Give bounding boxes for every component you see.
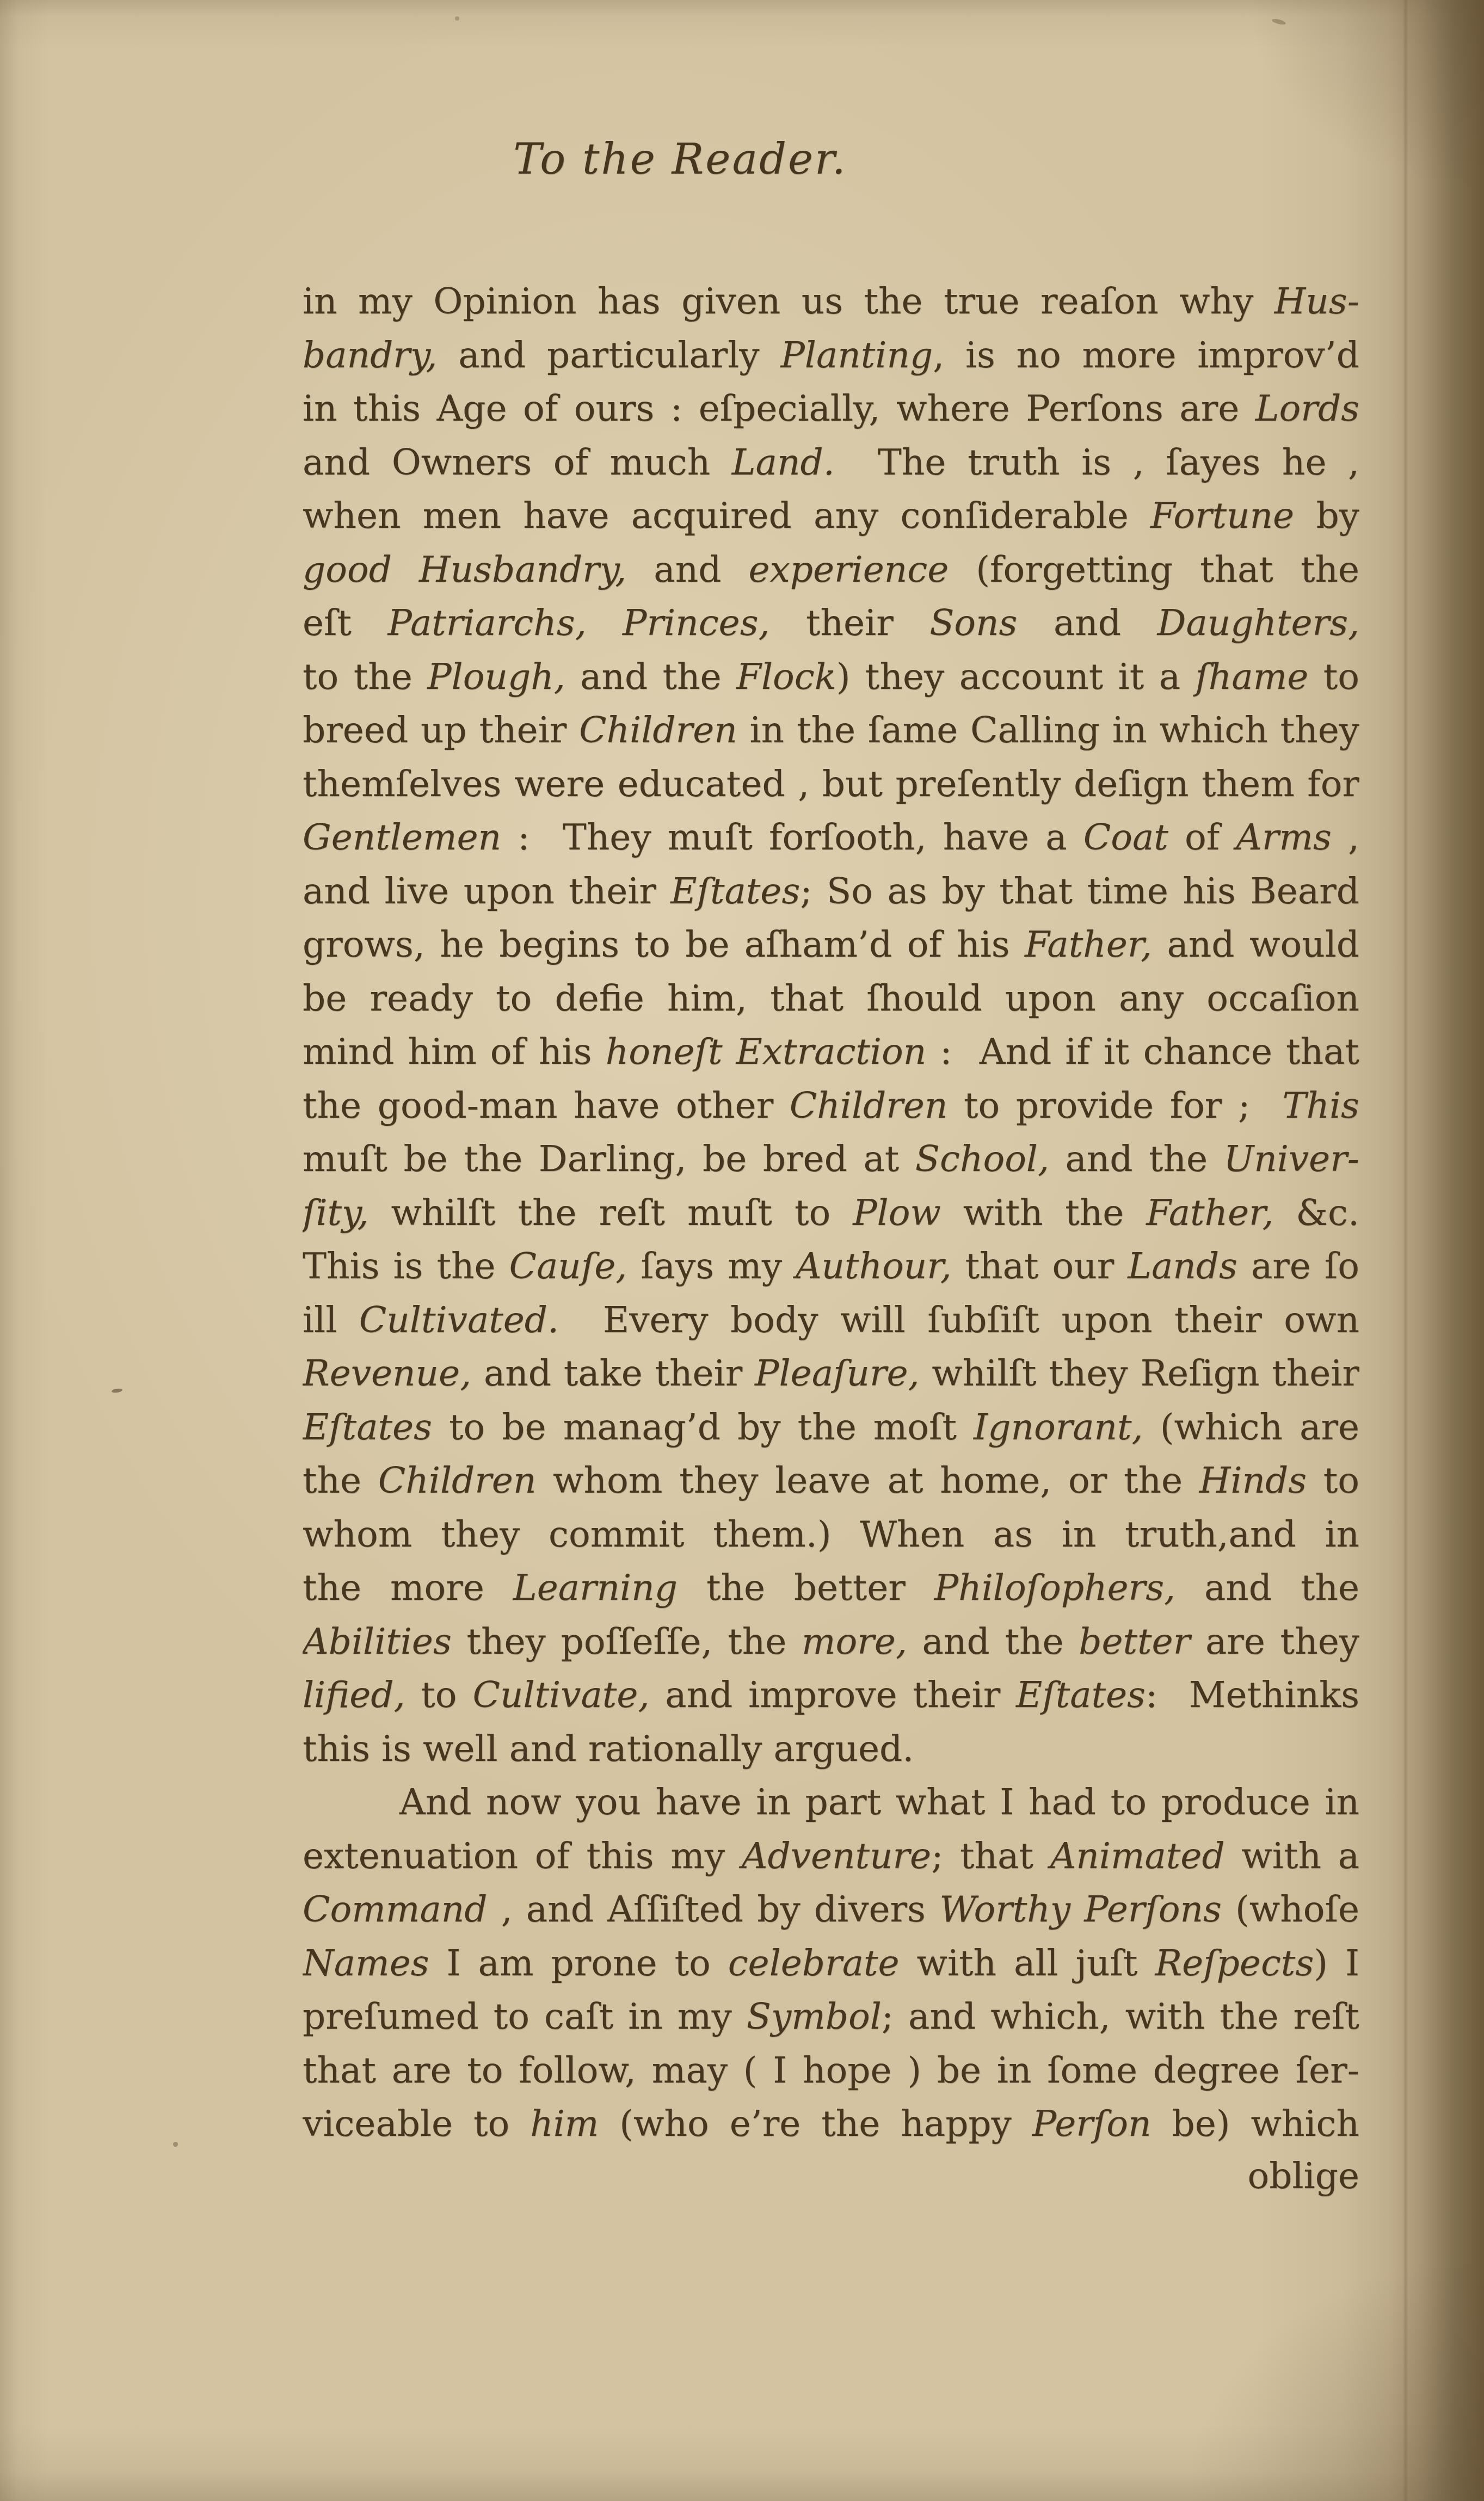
italic-text-segment: Lands bbox=[1128, 1245, 1237, 1287]
text-segment: ) they account it a bbox=[836, 656, 1196, 698]
text-line: This is the Cauſe, ſays my Authour, that… bbox=[303, 1240, 1359, 1293]
text-segment: ill bbox=[303, 1299, 359, 1341]
italic-text-segment: Learning bbox=[513, 1567, 678, 1609]
text-line: to the Plough, and the Flock) they accou… bbox=[303, 650, 1359, 704]
text-segment: whilſt they Reſign their bbox=[920, 1352, 1359, 1394]
text-segment: in the ſame Calling in which they bbox=[737, 709, 1359, 751]
italic-text-segment: Worthy Perſons bbox=[939, 1888, 1222, 1930]
italic-text-segment: Land. bbox=[732, 441, 835, 483]
text-segment: are they bbox=[1190, 1621, 1359, 1662]
text-segment: and bbox=[1017, 602, 1157, 644]
italic-text-segment: Daughters, bbox=[1157, 602, 1359, 644]
text-line: mind him of his honeſt Extraction : And … bbox=[303, 1025, 1359, 1079]
italic-text-segment: Eſtates bbox=[303, 1406, 432, 1448]
text-line: whom they commit them.) When as in truth… bbox=[303, 1508, 1359, 1562]
text-segment: in my Opinion has given us the true reaſ… bbox=[303, 280, 1274, 322]
italic-text-segment: Authour, bbox=[796, 1245, 952, 1287]
ink-speck bbox=[112, 1388, 123, 1394]
text-segment: and live upon their bbox=[303, 870, 670, 912]
text-line: And now you have in part what I had to p… bbox=[303, 1776, 1359, 1829]
text-line: themſelves were educated , but preſently… bbox=[303, 757, 1359, 811]
italic-text-segment: Fortune bbox=[1150, 495, 1294, 537]
italic-text-segment: more, bbox=[802, 1621, 907, 1662]
text-line: grows, he begins to be aſham’d of his Fa… bbox=[303, 918, 1359, 972]
ink-speck bbox=[173, 2142, 178, 2147]
text-line: and live upon their Eſtates; So as by th… bbox=[303, 865, 1359, 919]
italic-text-segment: Ignorant, bbox=[974, 1406, 1143, 1448]
text-segment: the better bbox=[678, 1567, 934, 1609]
text-segment: breed up their bbox=[303, 709, 579, 751]
text-segment: grows, he begins to be aſham’d of his bbox=[303, 923, 1025, 965]
text-segment: with all juſt bbox=[900, 1942, 1155, 1984]
text-segment: when men have acquired any conſiderable bbox=[303, 495, 1150, 537]
text-segment: with a bbox=[1225, 1835, 1359, 1877]
text-segment: : They muſt forſooth, have a bbox=[501, 816, 1083, 858]
text-segment: preſumed to caſt in my bbox=[303, 1995, 747, 2037]
page-title: To the Reader. bbox=[468, 135, 892, 184]
text-line: Abilities they poſſeſſe, the more, and t… bbox=[303, 1615, 1359, 1669]
book-page-scan: To the Reader. in my Opinion has given u… bbox=[0, 0, 1484, 2501]
italic-text-segment: Cultivated. bbox=[359, 1299, 559, 1341]
text-segment: of bbox=[1168, 816, 1236, 858]
italic-text-segment: experience bbox=[748, 549, 949, 590]
text-segment: eſt bbox=[303, 602, 387, 644]
text-line: preſumed to caſt in my Symbol; and which… bbox=[303, 1990, 1359, 2044]
italic-text-segment: Plow bbox=[853, 1192, 941, 1234]
italic-text-segment: Names bbox=[303, 1942, 429, 1984]
text-segment: Every body will ſubſiſt upon their own bbox=[559, 1299, 1359, 1341]
italic-text-segment: good Husbandry, bbox=[303, 549, 626, 590]
text-segment: to be manag’d by the moſt bbox=[432, 1406, 974, 1448]
italic-text-segment: Hus- bbox=[1274, 280, 1359, 322]
text-line: in this Age of ours : eſpecially, where … bbox=[303, 382, 1359, 436]
italic-text-segment: Univer- bbox=[1224, 1138, 1359, 1180]
text-segment: muſt be the Darling, be bred at bbox=[303, 1138, 915, 1180]
text-line: eſt Patriarchs, Princes, their Sons and … bbox=[303, 596, 1359, 650]
text-segment: : Methinks bbox=[1146, 1674, 1359, 1716]
text-line: good Husbandry, and experience (forgetti… bbox=[303, 543, 1359, 597]
text-segment: to provide for ; bbox=[947, 1085, 1282, 1126]
text-segment: the good-man have other bbox=[303, 1085, 790, 1126]
text-segment: to the bbox=[303, 656, 427, 698]
text-segment: to bbox=[405, 1674, 473, 1716]
italic-text-segment: Children bbox=[579, 709, 737, 751]
text-line: viceable to him (who e’re the happy Perſ… bbox=[303, 2097, 1359, 2151]
text-segment: and the bbox=[907, 1621, 1079, 1662]
text-segment: viceable to bbox=[303, 2103, 530, 2145]
text-segment: and bbox=[626, 549, 748, 590]
text-line: breed up their Children in the ſame Call… bbox=[303, 704, 1359, 757]
text-segment: themſelves were educated , but preſently… bbox=[303, 763, 1359, 805]
text-segment: (which are bbox=[1143, 1406, 1359, 1448]
italic-text-segment: Reſpects bbox=[1155, 1942, 1314, 1984]
text-segment: and take their bbox=[471, 1352, 755, 1394]
text-segment: , bbox=[1332, 816, 1359, 858]
text-segment: whom they commit them.) When as in truth… bbox=[303, 1513, 1359, 1555]
text-line: extenuation of this my Adventure; that A… bbox=[303, 1829, 1359, 1883]
italic-text-segment: Command bbox=[303, 1888, 488, 1930]
text-line: that are to follow, may ( I hope ) be in… bbox=[303, 2044, 1359, 2098]
text-line: lified, to Cultivate, and improve their … bbox=[303, 1668, 1359, 1722]
italic-text-segment: Revenue, bbox=[303, 1352, 471, 1394]
text-line: Eſtates to be manag’d by the moſt Ignora… bbox=[303, 1401, 1359, 1455]
text-segment: This is the bbox=[303, 1245, 509, 1287]
ink-speck bbox=[455, 16, 459, 21]
italic-text-segment: Lords bbox=[1255, 387, 1359, 429]
text-segment: in this Age of ours : eſpecially, where … bbox=[303, 387, 1255, 429]
italic-text-segment: Cultivate, bbox=[472, 1674, 649, 1716]
text-segment: , is no more improv’d bbox=[933, 334, 1359, 376]
italic-text-segment: ſity, bbox=[303, 1192, 369, 1234]
text-segment: this is well and rationally argued. bbox=[303, 1728, 914, 1770]
italic-text-segment: Gentlemen bbox=[303, 816, 501, 858]
text-segment: with the bbox=[941, 1192, 1146, 1234]
text-segment: and particularly bbox=[437, 334, 780, 376]
italic-text-segment: Planting bbox=[780, 334, 933, 376]
italic-text-segment: Eſtates bbox=[1016, 1674, 1146, 1716]
italic-text-segment: Patriarchs, Princes, bbox=[387, 602, 769, 644]
italic-text-segment: Abilities bbox=[303, 1621, 452, 1662]
italic-text-segment: School, bbox=[915, 1138, 1049, 1180]
text-line: in my Opinion has given us the true reaſ… bbox=[303, 275, 1359, 329]
text-line: Names I am prone to celebrate with all j… bbox=[303, 1937, 1359, 1991]
text-line: be ready to defie him, that ſhould upon … bbox=[303, 972, 1359, 1026]
text-segment: that are to follow, may ( I hope ) be in… bbox=[303, 2049, 1359, 2091]
text-segment: and would bbox=[1152, 923, 1359, 965]
italic-text-segment: him bbox=[530, 2103, 599, 2145]
italic-text-segment: Cauſe, bbox=[509, 1245, 627, 1287]
text-segment: whom they leave at home, or the bbox=[536, 1459, 1199, 1501]
text-segment: be ready to defie him, that ſhould upon … bbox=[303, 977, 1359, 1019]
italic-text-segment: better bbox=[1079, 1621, 1190, 1662]
text-segment: extenuation of this my bbox=[303, 1835, 742, 1877]
italic-text-segment: Philoſophers, bbox=[934, 1567, 1175, 1609]
text-segment: (who e’re the happy bbox=[599, 2103, 1032, 2145]
text-segment: ; that bbox=[931, 1835, 1050, 1877]
text-segment: and Owners of much bbox=[303, 441, 732, 483]
italic-text-segment: Perſon bbox=[1032, 2103, 1152, 2145]
catchword: oblige bbox=[303, 2149, 1359, 2203]
text-line: muſt be the Darling, be bred at School, … bbox=[303, 1132, 1359, 1186]
text-segment: The truth is , ſayes he , bbox=[835, 441, 1359, 483]
text-line: ill Cultivated. Every body will ſubſiſt … bbox=[303, 1293, 1359, 1347]
text-segment: to bbox=[1308, 656, 1359, 698]
text-segment: : And if it chance that bbox=[926, 1031, 1359, 1073]
text-segment: ; So as by that time his Beard bbox=[800, 870, 1359, 912]
italic-text-segment: Arms bbox=[1236, 816, 1332, 858]
italic-text-segment: Pleaſure, bbox=[755, 1352, 919, 1394]
text-segment: I am prone to bbox=[429, 1942, 728, 1984]
italic-text-segment: Eſtates bbox=[670, 870, 800, 912]
text-segment: ; and which, with the reſt bbox=[882, 1995, 1359, 2037]
text-segment: the more bbox=[303, 1567, 513, 1609]
italic-text-segment: Coat bbox=[1083, 816, 1168, 858]
text-segment: that our bbox=[952, 1245, 1128, 1287]
italic-text-segment: honeſt Extraction bbox=[606, 1031, 927, 1073]
italic-text-segment: This bbox=[1282, 1085, 1359, 1126]
text-line: the more Learning the better Philoſopher… bbox=[303, 1561, 1359, 1615]
text-line: Gentlemen : They muſt forſooth, have a C… bbox=[303, 811, 1359, 865]
text-line: Command , and Aſſiſted by divers Worthy … bbox=[303, 1883, 1359, 1937]
text-line: and Owners of much Land. The truth is , … bbox=[303, 436, 1359, 490]
text-segment: &c. bbox=[1273, 1192, 1359, 1234]
text-segment: , and Aſſiſted by divers bbox=[488, 1888, 940, 1930]
text-line: Revenue, and take their Pleaſure, whilſt… bbox=[303, 1347, 1359, 1401]
text-line: this is well and rationally argued. bbox=[303, 1722, 1359, 1776]
italic-text-segment: Flock bbox=[736, 656, 836, 698]
text-segment: their bbox=[770, 602, 930, 644]
text-segment: And now you have in part what I had to p… bbox=[399, 1781, 1359, 1823]
italic-text-segment: Animated bbox=[1050, 1835, 1225, 1877]
text-segment: (whoſe bbox=[1222, 1888, 1359, 1930]
text-line: bandry, and particularly Planting, is no… bbox=[303, 329, 1359, 383]
italic-text-segment: Children bbox=[378, 1459, 537, 1501]
text-line: when men have acquired any conſiderable … bbox=[303, 489, 1359, 543]
ink-speck bbox=[1271, 18, 1286, 26]
text-line: the good-man have other Children to prov… bbox=[303, 1079, 1359, 1133]
italic-text-segment: ſhame bbox=[1195, 656, 1308, 698]
text-segment: and the bbox=[565, 656, 736, 698]
text-segment: whilſt the reſt muſt to bbox=[369, 1192, 853, 1234]
text-line: ſity, whilſt the reſt muſt to Plow with … bbox=[303, 1186, 1359, 1240]
text-segment: are ſo bbox=[1237, 1245, 1359, 1287]
text-line: the Children whom they leave at home, or… bbox=[303, 1454, 1359, 1508]
text-segment: the bbox=[303, 1459, 378, 1501]
italic-text-segment: Sons bbox=[929, 602, 1017, 644]
italic-text-segment: Adventure bbox=[742, 1835, 931, 1877]
text-segment: and the bbox=[1049, 1138, 1224, 1180]
italic-text-segment: Father, bbox=[1146, 1192, 1273, 1234]
text-segment: they poſſeſſe, the bbox=[452, 1621, 802, 1662]
italic-text-segment: Father, bbox=[1025, 923, 1152, 965]
italic-text-segment: celebrate bbox=[728, 1942, 900, 1984]
italic-text-segment: Symbol bbox=[747, 1995, 882, 2037]
page-crease bbox=[1403, 0, 1408, 2501]
italic-text-segment: lified, bbox=[303, 1674, 405, 1716]
text-block: in my Opinion has given us the true reaſ… bbox=[303, 275, 1359, 2151]
italic-text-segment: Hinds bbox=[1199, 1459, 1307, 1501]
text-segment: mind him of his bbox=[303, 1031, 606, 1073]
italic-text-segment: Plough, bbox=[427, 656, 565, 698]
italic-text-segment: Children bbox=[790, 1085, 948, 1126]
text-segment: ſays my bbox=[627, 1245, 796, 1287]
italic-text-segment: bandry, bbox=[303, 334, 437, 376]
text-segment: and improve their bbox=[649, 1674, 1016, 1716]
text-segment: to bbox=[1307, 1459, 1359, 1501]
